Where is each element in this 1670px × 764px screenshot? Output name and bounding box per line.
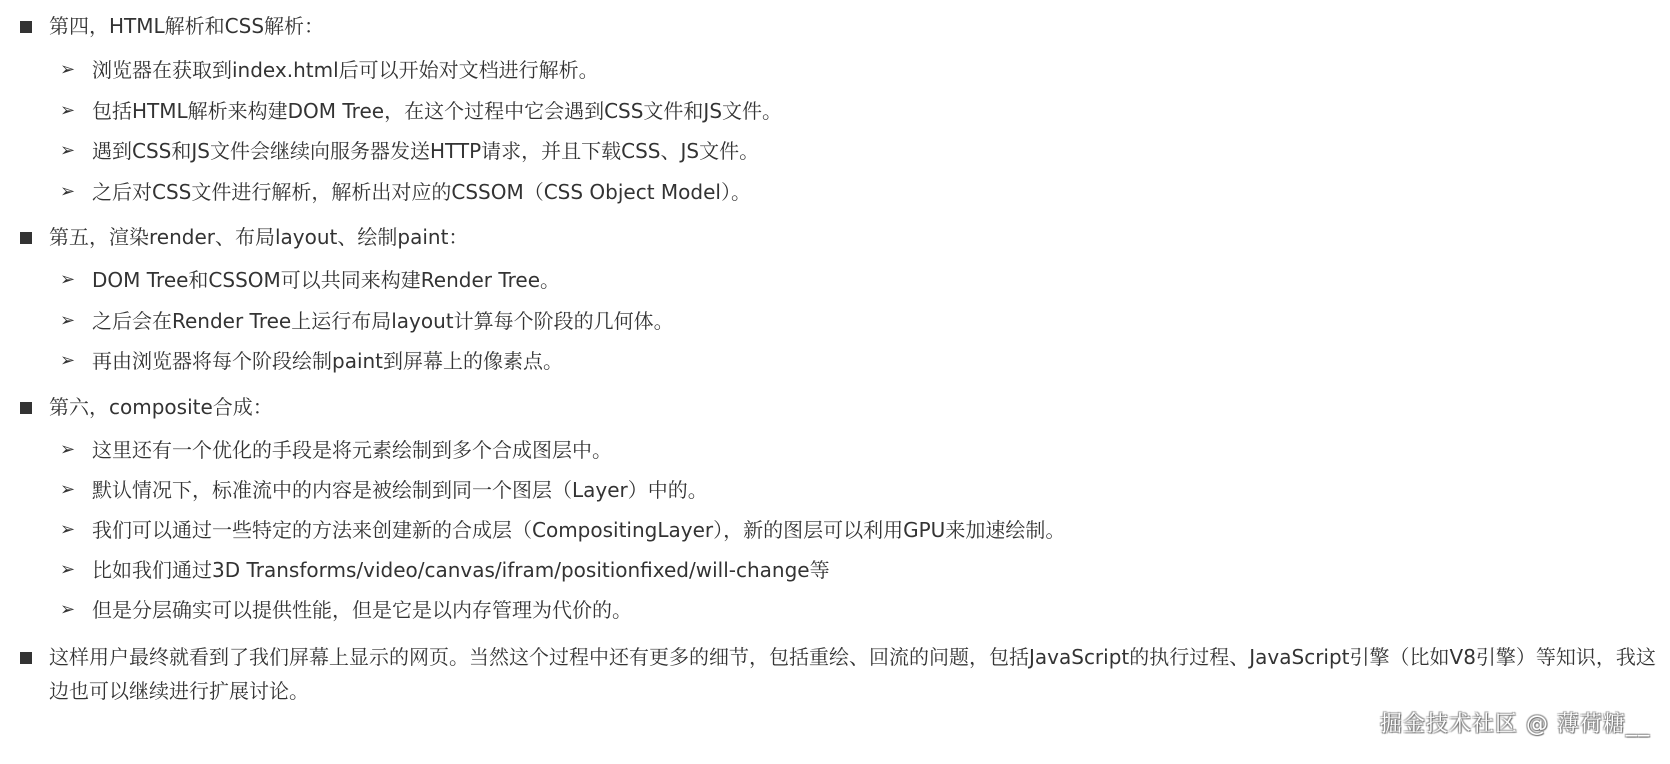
- square-bullet-icon: [20, 402, 32, 414]
- section-heading-text: 第四，HTML解析和CSS解析：: [49, 9, 324, 44]
- square-bullet-icon: [20, 652, 32, 664]
- square-bullet-icon: [20, 232, 32, 244]
- arrow-bullet-icon: ➢: [60, 54, 75, 86]
- square-bullet-icon: [20, 21, 32, 33]
- arrow-bullet-icon: ➢: [60, 554, 75, 586]
- arrow-bullet-icon: ➢: [60, 264, 75, 296]
- arrow-bullet-icon: ➢: [60, 594, 75, 626]
- arrow-bullet-icon: ➢: [60, 514, 75, 546]
- list-item-text: 遇到CSS和JS文件会继续向服务器发送HTTP请求，并且下载CSS、JS文件。: [92, 135, 759, 167]
- arrow-bullet-icon: ➢: [60, 135, 75, 167]
- section-heading-text: 第五，渲染render、布局layout、绘制paint：: [49, 220, 468, 255]
- list-item-text: 但是分层确实可以提供性能，但是它是以内存管理为代价的。: [92, 594, 632, 626]
- list-item-text: 之后会在Render Tree上运行布局layout计算每个阶段的几何体。: [92, 305, 674, 337]
- arrow-bullet-icon: ➢: [60, 95, 75, 127]
- list-item-text: 比如我们通过3D Transforms/video/canvas/ifram/p…: [92, 554, 830, 586]
- arrow-bullet-icon: ➢: [60, 434, 75, 466]
- arrow-bullet-icon: ➢: [60, 176, 75, 208]
- list-item-text: 浏览器在获取到index.html后可以开始对文档进行解析。: [92, 54, 599, 86]
- watermark: 掘金技术社区 @ 薄荷糖__: [1380, 710, 1650, 740]
- list-item-text: 默认情况下，标准流中的内容是被绘制到同一个图层（Layer）中的。: [92, 474, 708, 506]
- section-heading-text: 第六，composite合成：: [49, 390, 273, 425]
- list-item-text: 我们可以通过一些特定的方法来创建新的合成层（CompositingLayer），…: [92, 514, 1065, 546]
- arrow-bullet-icon: ➢: [60, 474, 75, 506]
- conclusion-text: 这样用户最终就看到了我们屏幕上显示的网页。当然这个过程中还有更多的细节，包括重绘…: [49, 640, 1659, 708]
- arrow-bullet-icon: ➢: [60, 345, 75, 377]
- arrow-bullet-icon: ➢: [60, 305, 75, 337]
- list-item-text: 包括HTML解析来构建DOM Tree，在这个过程中它会遇到CSS文件和JS文件…: [92, 95, 782, 127]
- list-item-text: 之后对CSS文件进行解析，解析出对应的CSSOM（CSS Object Mode…: [92, 176, 751, 208]
- list-item-text: 再由浏览器将每个阶段绘制paint到屏幕上的像素点。: [92, 345, 563, 377]
- list-item-text: 这里还有一个优化的手段是将元素绘制到多个合成图层中。: [92, 434, 612, 466]
- list-item-text: DOM Tree和CSSOM可以共同来构建Render Tree。: [92, 264, 560, 296]
